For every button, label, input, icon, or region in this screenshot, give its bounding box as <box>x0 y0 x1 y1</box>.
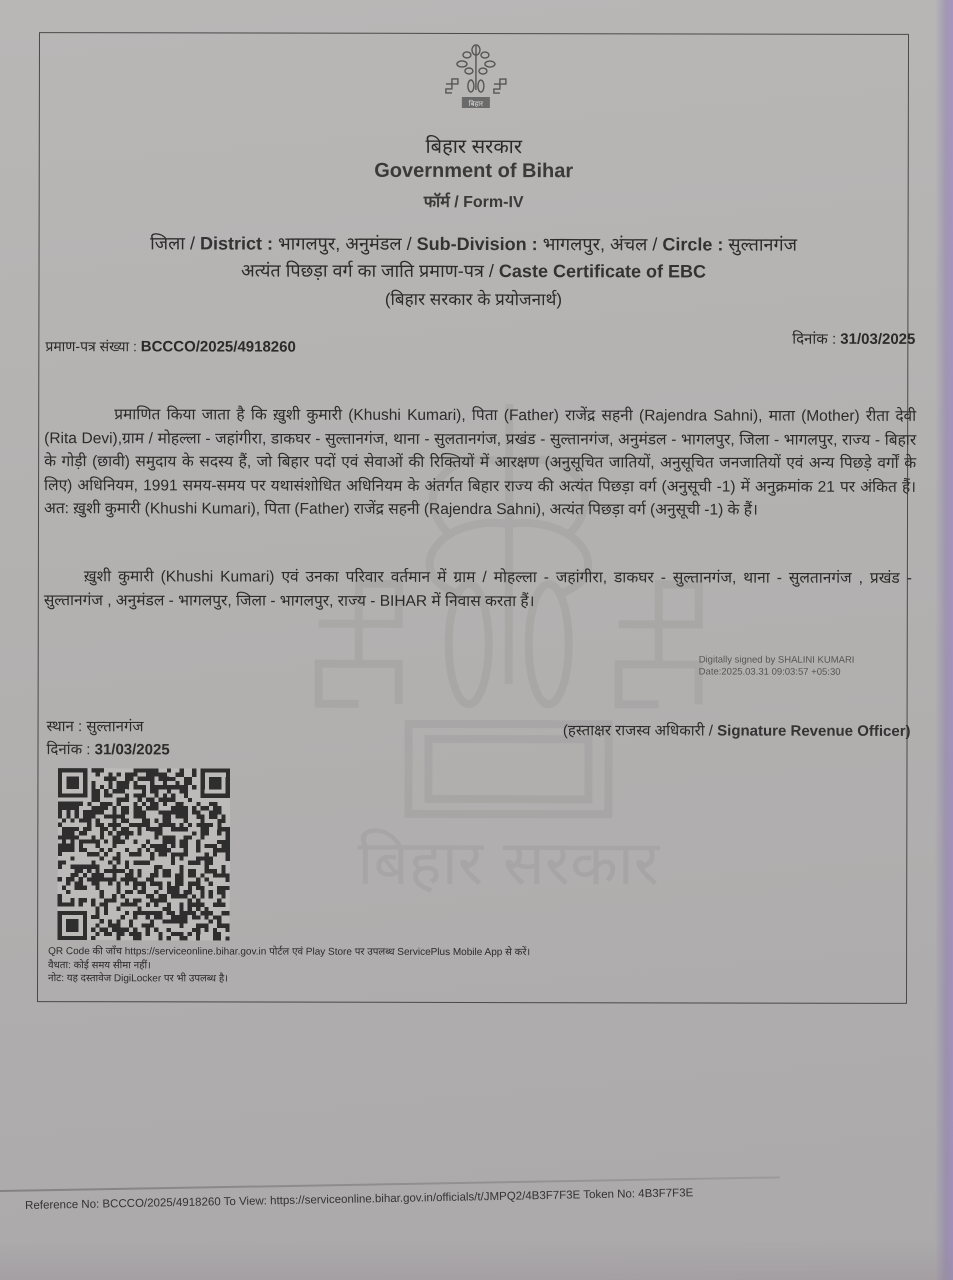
issue-date-label: दिनांक : <box>792 331 836 348</box>
form-english: Form-IV <box>463 194 523 211</box>
digital-signature: Digitally signed by SHALINI KUMARI Date:… <box>699 654 855 678</box>
certification-paragraph: प्रमाणित किया जाता है कि ख़ुशी कुमारी (K… <box>44 403 916 522</box>
district-value: भागलपुर <box>278 234 335 254</box>
reference-footer: Reference No: BCCCO/2025/4918260 To View… <box>25 1187 693 1212</box>
certificate-frame: बिहार सरकार बिहार बिहार सरकार Government… <box>37 32 909 1004</box>
jurisdiction-line: जिला / District : भागलपुर, अनुमंडल / Sub… <box>40 231 908 257</box>
certificate-number-label: प्रमाण-पत्र संख्या : <box>45 338 137 354</box>
certificate-purpose: (बिहार सरकार के प्रयोजनार्थ) <box>39 286 907 311</box>
page-edge-shadow <box>935 0 953 1280</box>
subdivision-label-hindi: अनुमंडल <box>345 234 401 254</box>
residence-paragraph: ख़ुशी कुमारी (Khushi Kumari) एवं उनका पर… <box>44 565 912 614</box>
certificate-number-value: BCCCO/2025/4918260 <box>141 338 296 355</box>
digital-signature-date: Date:2025.03.31 09:03:57 +05:30 <box>699 666 855 678</box>
circle-label-hindi: अंचल <box>610 234 647 254</box>
svg-text:बिहार: बिहार <box>469 99 483 108</box>
certificate-title: अत्यंत पिछड़ा वर्ग का जाति प्रमाण-पत्र /… <box>39 258 907 284</box>
signature-label-hindi: (हस्ताक्षर राजस्व अधिकारी / <box>563 722 713 739</box>
district-label-hindi: जिला <box>150 233 185 253</box>
place-and-date: स्थान : सुल्तानगंज दिनांक : 31/03/2025 <box>46 715 169 761</box>
digital-signature-signer: Digitally signed by SHALINI KUMARI <box>699 654 855 666</box>
certificate-title-english: Caste Certificate of EBC <box>499 261 706 281</box>
qr-code[interactable] <box>56 768 231 940</box>
issue-date: दिनांक : 31/03/2025 <box>792 329 915 349</box>
verification-notes: QR Code की जाँच https://serviceonline.bi… <box>48 945 530 987</box>
digilocker-note: नोट: यह दस्तावेज DigiLocker पर भी उपलब्ध… <box>48 972 530 987</box>
signature-label: (हस्ताक्षर राजस्व अधिकारी / Signature Re… <box>563 720 911 741</box>
circle-label: Circle <box>662 234 712 254</box>
subdivision-label: Sub-Division <box>417 234 527 254</box>
date-value: 31/03/2025 <box>95 741 170 758</box>
circle-value: सुल्तानगंज <box>728 235 797 255</box>
bihar-emblem-icon: बिहार <box>440 42 512 112</box>
place-label: स्थान : <box>47 718 83 735</box>
date-label: दिनांक : <box>46 741 90 758</box>
validity-note: वैधता: कोई समय सीमा नहीं। <box>48 959 530 974</box>
subdivision-value: भागलपुर <box>543 234 600 254</box>
place-value: सुल्तानगंज <box>86 718 143 735</box>
bottom-shadow <box>0 1240 953 1280</box>
certificate-title-hindi: अत्यंत पिछड़ा वर्ग का जाति प्रमाण-पत्र <box>241 261 484 282</box>
govt-name-english: Government of Bihar <box>40 159 908 184</box>
form-number: फॉर्म / Form-IV <box>40 189 908 213</box>
certificate-number: प्रमाण-पत्र संख्या : BCCCO/2025/4918260 <box>45 337 296 357</box>
form-hindi: फॉर्म <box>424 194 450 211</box>
svg-text:बिहार सरकार: बिहार सरकार <box>357 826 661 900</box>
issue-date-value: 31/03/2025 <box>840 331 915 348</box>
signature-label-english: Signature Revenue Officer) <box>717 723 910 740</box>
district-label: District <box>200 233 262 253</box>
qr-verification-note: QR Code की जाँच https://serviceonline.bi… <box>48 945 530 960</box>
govt-name-hindi: बिहार सरकार <box>40 131 908 160</box>
